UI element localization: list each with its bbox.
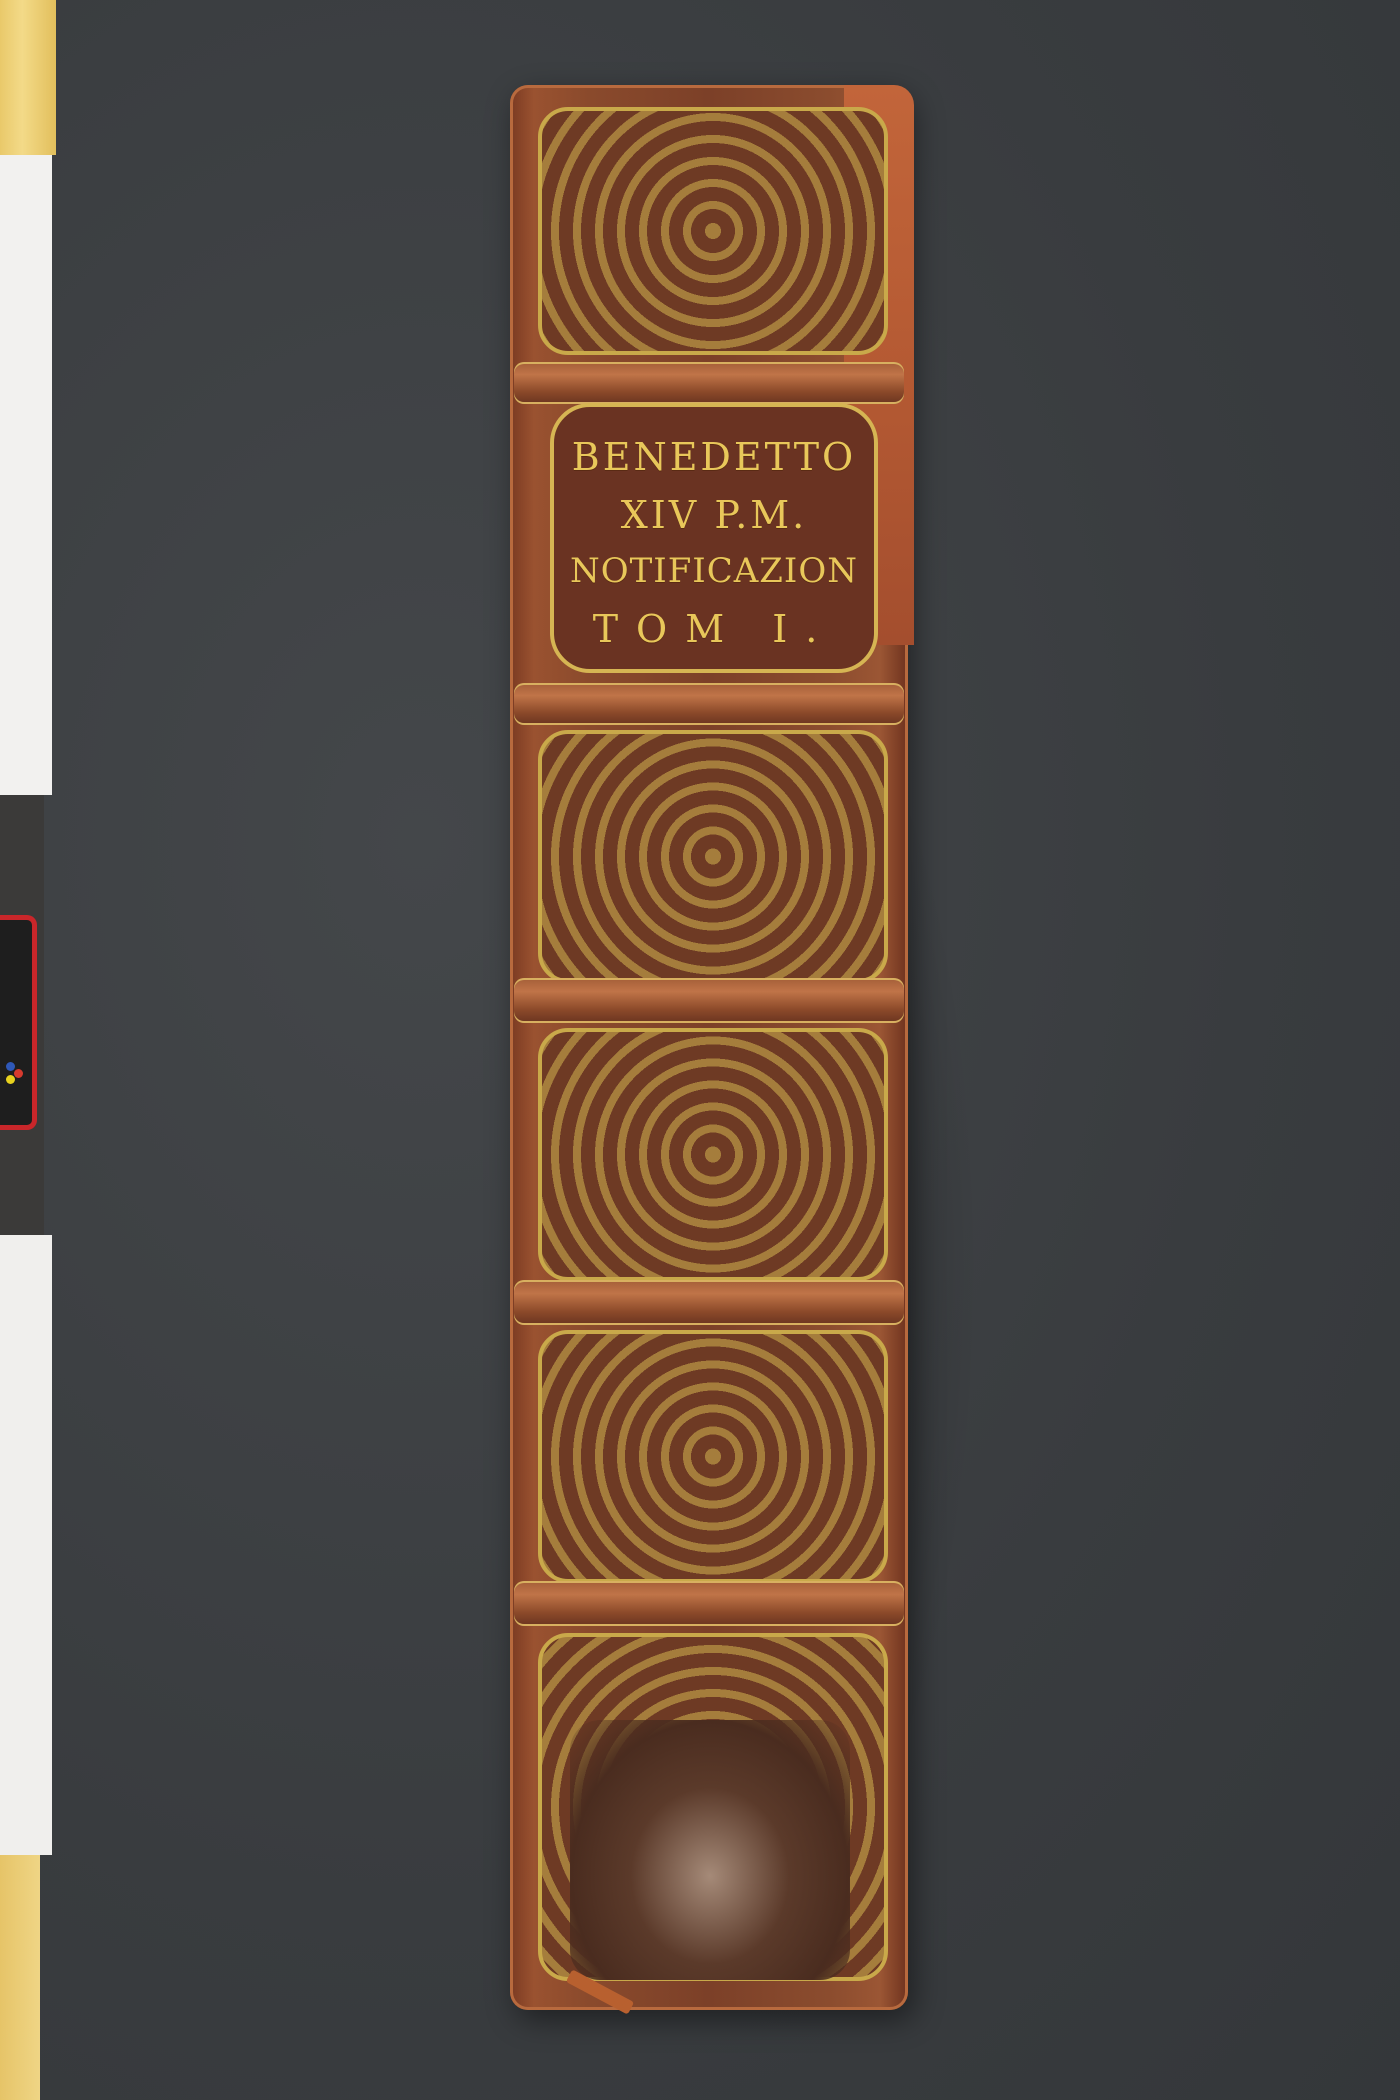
gilt-compartment-4 — [538, 1028, 888, 1281]
color-checker-label — [4, 925, 20, 1075]
white-paper-strip-top — [0, 155, 52, 795]
title-line-2: XIV P.M. — [554, 493, 874, 537]
raised-band-4 — [514, 1280, 904, 1325]
color-swatch-blue — [6, 1062, 15, 1071]
book-spine: BENEDETTO XIV P.M. NOTIFICAZION TOM I. — [510, 85, 908, 2010]
title-line-3: NOTIFICAZION — [554, 551, 874, 591]
color-swatch-red — [14, 1069, 23, 1078]
title-label-panel: BENEDETTO XIV P.M. NOTIFICAZION TOM I. — [550, 403, 878, 673]
gilt-compartment-1 — [538, 107, 888, 355]
color-swatch-yellow — [6, 1075, 15, 1084]
title-line-4: TOM I. — [554, 607, 874, 651]
wood-table-edge-top — [0, 0, 56, 155]
raised-band-1 — [514, 362, 904, 404]
wood-table-edge-bottom — [0, 1855, 40, 2100]
white-paper-strip-bottom — [0, 1235, 52, 1855]
worn-leather-damage — [570, 1720, 850, 1980]
raised-band-5 — [514, 1581, 904, 1626]
raised-band-2 — [514, 683, 904, 725]
gilt-compartment-3 — [538, 730, 888, 983]
raised-band-3 — [514, 978, 904, 1023]
title-line-1: BENEDETTO — [554, 435, 874, 479]
gilt-compartment-5 — [538, 1330, 888, 1583]
